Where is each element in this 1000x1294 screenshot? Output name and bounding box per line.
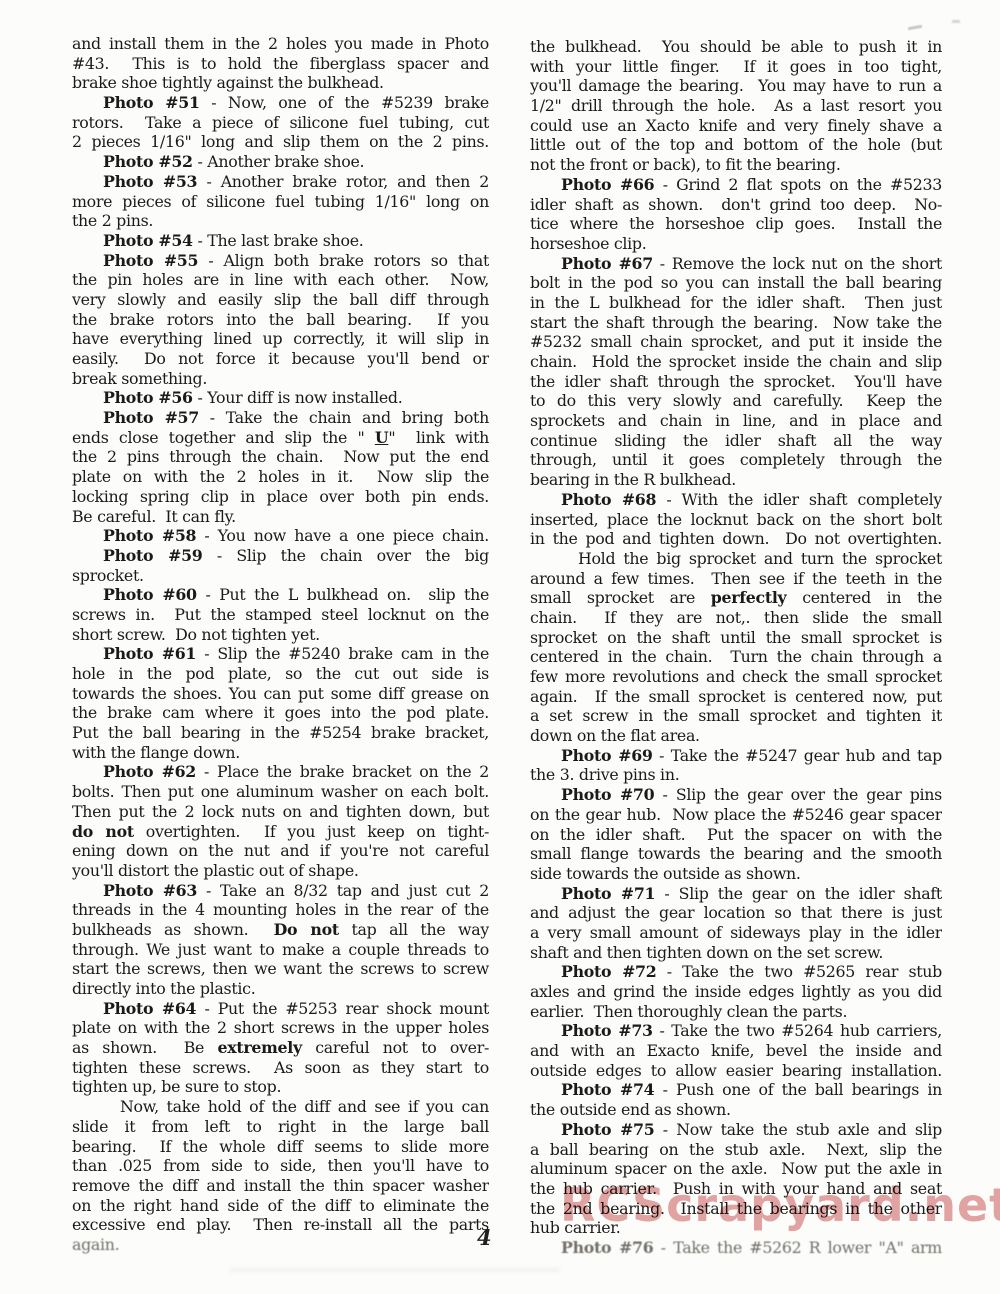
text-line: Now, take hold of the diff and see if yo… <box>72 1097 489 1117</box>
emphasized-text: Photo #75 <box>561 1120 654 1139</box>
text-line: short screw. Do not tighten yet. <box>72 625 489 645</box>
text-line: start the screws, then we want the screw… <box>72 959 489 979</box>
body-text: locking spring clip in place over both p… <box>72 487 489 506</box>
body-text: the pin holes are in line with each othe… <box>72 270 489 289</box>
body-text: - Take the #5247 gear hub and tap <box>653 746 942 765</box>
text-line: few more revolutions and check the small… <box>530 667 942 687</box>
body-text: and with an Exacto knife, bevel the insi… <box>530 1041 942 1060</box>
emphasized-text: Photo #62 <box>103 762 196 781</box>
text-line: the pin holes are in line with each othe… <box>72 270 489 290</box>
body-text: very slowly and easily slip the ball dif… <box>72 290 489 309</box>
text-line: Photo #72 - Take the two #5265 rear stub <box>530 962 942 982</box>
emphasized-text: extremely <box>217 1038 301 1057</box>
emphasized-text: Photo #60 <box>103 585 197 604</box>
body-text: - Now take the stub axle and slip <box>654 1120 942 1139</box>
body-text: around a few times. Then see if the teet… <box>530 569 942 588</box>
body-text: " link with <box>388 428 489 447</box>
body-text: - Push one of the ball bearings in <box>654 1080 942 1099</box>
body-text: bearing. If the whole diff seems to slid… <box>72 1137 489 1156</box>
body-text: - Put the #5253 rear shock mount <box>196 999 489 1018</box>
body-text: little out of the top and bottom of the … <box>530 135 942 154</box>
text-line: Photo #76 - Take the #5262 R lower "A" a… <box>530 1238 942 1258</box>
emphasized-text: Photo #55 <box>103 251 198 270</box>
body-text: tap all the way <box>339 920 489 939</box>
text-line: excessive end play. Then re-install all … <box>72 1215 489 1235</box>
text-line: axles and grind the inside edges lightly… <box>530 982 942 1002</box>
body-text: continue sliding the idler shaft all the… <box>530 431 942 450</box>
emphasized-text: Photo #70 <box>561 785 654 804</box>
scan-smudge <box>230 1268 560 1272</box>
body-text: the bulkhead. You should be able to push… <box>530 37 942 56</box>
emphasized-text: Photo #63 <box>103 881 197 900</box>
body-text: horseshoe clip. <box>530 234 646 253</box>
body-text: again. <box>72 1235 119 1254</box>
text-line: Photo #67 - Remove the lock nut on the s… <box>530 254 942 274</box>
emphasized-text: Photo #67 <box>561 254 653 273</box>
body-text: ening down on the nut and if you're not … <box>72 841 489 860</box>
text-line: the bulkhead. You should be able to push… <box>530 37 942 57</box>
body-text: have everything lined up correctly, it w… <box>72 329 489 348</box>
body-text: chain. Hold the sprocket inside the chai… <box>530 352 942 371</box>
emphasized-text: Do not <box>274 920 339 939</box>
text-line: on the right hand side of the diff to el… <box>72 1196 489 1216</box>
emphasized-text: Photo #64 <box>103 999 196 1018</box>
body-text: bearing in the R bulkhead. <box>530 470 736 489</box>
text-line: bolt in the pod so you can install the b… <box>530 273 942 293</box>
body-text: than .025 from side to side, then you'll… <box>72 1156 489 1175</box>
body-text: the 2 pins. <box>72 211 153 230</box>
text-line: outside edges to allow easier bearing in… <box>530 1061 942 1081</box>
text-line: the outside end as shown. <box>530 1100 942 1120</box>
body-text: - You now have a one piece chain. <box>196 526 489 545</box>
text-line: Photo #61 - Slip the #5240 brake cam in … <box>72 644 489 664</box>
body-text: towards the shoes. You can put some diff… <box>72 684 489 703</box>
body-text: the brake cam where it goes into the pod… <box>72 703 489 722</box>
text-line: tighten these screws. As soon as they st… <box>72 1058 489 1078</box>
text-line: not the front or back), to fit the beari… <box>530 155 942 175</box>
text-line: screws in. Put the stamped steel locknut… <box>72 605 489 625</box>
body-text: and adjust the gear location so that the… <box>530 903 942 922</box>
body-text: the idler shaft through the sprocket. Yo… <box>530 372 942 391</box>
body-text: remove the diff and install the thin spa… <box>72 1176 489 1195</box>
body-text: bolt in the pod so you can install the b… <box>530 273 942 292</box>
text-line: centered in the chain. Turn the chain th… <box>530 647 942 667</box>
scan-artifact-mark <box>952 20 960 23</box>
text-line: sprockets and chain in line, and in plac… <box>530 411 942 431</box>
scan-artifact-mark <box>908 25 922 30</box>
body-text: chain. If they are not,. then slide the … <box>530 608 942 627</box>
text-line: Hold the big sprocket and turn the sproc… <box>530 549 942 569</box>
body-text: the brake rotors into the ball bearing. … <box>72 310 489 329</box>
text-line: remove the diff and install the thin spa… <box>72 1176 489 1196</box>
text-line: more pieces of silicone fuel tubing 1/16… <box>72 192 489 212</box>
body-text: sprockets and chain in line, and in plac… <box>530 411 942 430</box>
body-text: slide it from left to right in the large… <box>72 1117 489 1136</box>
body-text: Be careful. It can fly. <box>72 507 236 526</box>
text-line: tice where the horseshoe clip goes. Inst… <box>530 214 942 234</box>
text-line: the 3. drive pins in. <box>530 765 942 785</box>
emphasized-text: Photo #73 <box>561 1021 653 1040</box>
body-text: sprocket. <box>72 566 144 585</box>
body-text: Then put the 2 lock nuts on and tighten … <box>72 802 489 821</box>
body-text: the 3. drive pins in. <box>530 765 679 784</box>
body-text: not the front or back), to fit the beari… <box>530 155 841 174</box>
body-text: earlier. Then thoroughly clean the parts… <box>530 1002 847 1021</box>
text-line: Photo #59 - Slip the chain over the big <box>72 546 489 566</box>
body-text: you'll distort the plastic out of shape. <box>72 861 359 880</box>
body-text: through, until it goes completely throug… <box>530 450 942 469</box>
body-text: - With the idler shaft completely <box>656 490 942 509</box>
text-line: have everything lined up correctly, it w… <box>72 329 489 349</box>
body-text: threads in the 4 mounting holes in the r… <box>72 900 489 919</box>
text-line: inserted, place the locknut back on the … <box>530 510 942 530</box>
emphasized-text: do not <box>72 822 134 841</box>
text-line: bearing in the R bulkhead. <box>530 470 942 490</box>
left-column: and install them in the 2 holes you made… <box>72 34 489 1255</box>
text-line: Photo #64 - Put the #5253 rear shock mou… <box>72 999 489 1019</box>
body-text: - Take an 8/32 tap and just cut 2 <box>197 881 489 900</box>
text-line: Photo #74 - Push one of the ball bearing… <box>530 1080 942 1100</box>
text-line: very slowly and easily slip the ball dif… <box>72 290 489 310</box>
body-text: - Put the L bulkhead on. slip the <box>197 585 489 604</box>
body-text: on the right hand side of the diff to el… <box>72 1196 489 1215</box>
text-line: the brake cam where it goes into the pod… <box>72 703 489 723</box>
emphasized-text: Photo #76 <box>561 1238 653 1257</box>
text-line: to do this very slowly and carefully. Ke… <box>530 391 942 411</box>
emphasized-text: Photo #54 <box>103 231 193 250</box>
body-text: a very small amount of sideways play in … <box>530 923 942 942</box>
body-text: tice where the horseshoe clip goes. Inst… <box>530 214 942 233</box>
body-text: - Place the brake bracket on the 2 <box>196 762 489 781</box>
text-line: with the flange down. <box>72 743 489 763</box>
body-text: - Grind 2 flat spots on the #5233 <box>654 175 942 194</box>
text-line: do not overtighten. If you just keep on … <box>72 822 489 842</box>
body-text: axles and grind the inside edges lightly… <box>530 982 942 1001</box>
page-number: 4 <box>477 1225 492 1250</box>
text-line: Photo #63 - Take an 8/32 tap and just cu… <box>72 881 489 901</box>
text-line: in the pod and tighten down. Do not over… <box>530 529 942 549</box>
body-text: a ball bearing on the stub axle. Next, s… <box>530 1140 942 1159</box>
text-line: idler shaft as shown. don't grind too de… <box>530 195 942 215</box>
body-text: careful not to over- <box>302 1038 489 1057</box>
text-line: you'll damage the bearing. You may have … <box>530 76 942 96</box>
text-line: slide it from left to right in the large… <box>72 1117 489 1137</box>
text-line: locking spring clip in place over both p… <box>72 487 489 507</box>
document-page: and install them in the 2 holes you made… <box>0 0 1000 1294</box>
text-line: could use an Xacto knife and very finely… <box>530 116 942 136</box>
text-line: the 2 pins. <box>72 211 489 231</box>
text-line: rotors. Take a piece of silicone fuel tu… <box>72 113 489 133</box>
body-text: - Slip the chain over the big <box>202 546 489 565</box>
emphasized-text: Photo #69 <box>561 746 653 765</box>
text-line: tighten up, be sure to stop. <box>72 1077 489 1097</box>
body-text: plate on with the 2 short screws in the … <box>72 1018 489 1037</box>
body-text: tighten these screws. As soon as they st… <box>72 1058 489 1077</box>
body-text: on the gear hub. Now place the #5246 gea… <box>530 805 942 824</box>
text-line: on the idler shaft. Put the spacer on wi… <box>530 825 942 845</box>
body-text: hole in the pod plate, so the cut out si… <box>72 664 489 683</box>
body-text: to do this very slowly and carefully. Ke… <box>530 391 942 410</box>
text-line: plate on with the 2 short screws in the … <box>72 1018 489 1038</box>
text-line: through. We just want to make a couple t… <box>72 940 489 960</box>
body-text: Hold the big sprocket and turn the sproc… <box>578 549 942 568</box>
body-text: break something. <box>72 369 207 388</box>
text-line: Photo #57 - Take the chain and bring bot… <box>72 408 489 428</box>
body-text: - Your diff is now installed. <box>193 388 403 407</box>
emphasized-text: Photo #68 <box>561 490 656 509</box>
text-line: sprocket. <box>72 566 489 586</box>
body-text: with the flange down. <box>72 743 240 762</box>
body-text: a set screw in the small sprocket and ti… <box>530 706 942 725</box>
body-text: - Take the #5262 R lower "A" arm <box>653 1238 942 1257</box>
emphasized-text: Photo #72 <box>561 962 656 981</box>
body-text: few more revolutions and check the small… <box>530 667 942 686</box>
body-text: bulkheads as shown. <box>72 920 274 939</box>
body-text: - Slip the gear over the gear pins <box>654 785 942 804</box>
body-text: with your little finger. If it goes in t… <box>530 57 942 76</box>
body-text: start the screws, then we want the screw… <box>72 959 489 978</box>
body-text: through. We just want to make a couple t… <box>72 940 489 959</box>
text-line: sprocket on the shaft until the small sp… <box>530 628 942 648</box>
body-text: down on the flat area. <box>530 726 700 745</box>
body-text: directly into the plastic. <box>72 979 255 998</box>
body-text: in the L bulkhead for the idler shaft. T… <box>530 293 942 312</box>
text-line: 1/2" drill through the hole. As a last r… <box>530 96 942 116</box>
emphasized-text: Photo #74 <box>561 1080 654 1099</box>
text-line: ening down on the nut and if you're not … <box>72 841 489 861</box>
body-text: easily. Do not force it because you'll b… <box>72 349 489 368</box>
text-line: Photo #69 - Take the #5247 gear hub and … <box>530 746 942 766</box>
text-line: in the L bulkhead for the idler shaft. T… <box>530 293 942 313</box>
body-text: bolts. Then put one aluminum washer on e… <box>72 782 489 801</box>
watermark-text: RCScrapyard.net <box>560 1178 1000 1232</box>
text-line: Photo #53 - Another brake rotor, and the… <box>72 172 489 192</box>
body-text: the outside end as shown. <box>530 1100 731 1119</box>
body-text: the 2 pins through the chain. Now put th… <box>72 447 489 466</box>
text-line: chain. If they are not,. then slide the … <box>530 608 942 628</box>
emphasized-text: Photo #59 <box>103 546 202 565</box>
body-text: on the idler shaft. Put the spacer on wi… <box>530 825 942 844</box>
body-text: - Take the two #5265 rear stub <box>656 962 942 981</box>
body-text: inserted, place the locknut back on the … <box>530 510 942 529</box>
text-line: Photo #55 - Align both brake rotors so t… <box>72 251 489 271</box>
emphasized-text: Photo #61 <box>103 644 196 663</box>
text-line: 2 pieces 1/16" long and slip them on the… <box>72 132 489 152</box>
text-line: break something. <box>72 369 489 389</box>
body-text: and install them in the 2 holes you made… <box>72 34 489 53</box>
text-line: Photo #52 - Another brake shoe. <box>72 152 489 172</box>
text-line: hole in the pod plate, so the cut out si… <box>72 664 489 684</box>
emphasized-text: Photo #57 <box>103 408 199 427</box>
text-line: Photo #68 - With the idler shaft complet… <box>530 490 942 510</box>
text-line: through, until it goes completely throug… <box>530 450 942 470</box>
text-line: towards the shoes. You can put some diff… <box>72 684 489 704</box>
text-line: and adjust the gear location so that the… <box>530 903 942 923</box>
text-line: bolts. Then put one aluminum washer on e… <box>72 782 489 802</box>
body-text: Put the ball bearing in the #5254 brake … <box>72 723 489 742</box>
body-text: sprocket on the shaft until the small sp… <box>530 628 942 647</box>
text-line: start the shaft through the bearing. Now… <box>530 313 942 333</box>
body-text: more pieces of silicone fuel tubing 1/16… <box>72 192 489 211</box>
text-line: Photo #70 - Slip the gear over the gear … <box>530 785 942 805</box>
body-text: rotors. Take a piece of silicone fuel tu… <box>72 113 489 132</box>
text-line: the brake rotors into the ball bearing. … <box>72 310 489 330</box>
body-text: #43. This is to hold the fiberglass spac… <box>72 54 489 73</box>
body-text: excessive end play. Then re-install all … <box>72 1215 489 1234</box>
body-text: - The last brake shoe. <box>193 231 364 250</box>
text-line: with your little finger. If it goes in t… <box>530 57 942 77</box>
body-text: - Align both brake rotors so that <box>198 251 489 270</box>
body-text: ends close together and slip the " <box>72 428 375 447</box>
text-line: the 2 pins through the chain. Now put th… <box>72 447 489 467</box>
text-line: side towards the outside as shown. <box>530 864 942 884</box>
text-line: Photo #71 - Slip the gear on the idler s… <box>530 884 942 904</box>
body-text: centered in the chain. Turn the chain th… <box>530 647 942 666</box>
text-line: Photo #60 - Put the L bulkhead on. slip … <box>72 585 489 605</box>
body-text: side towards the outside as shown. <box>530 864 801 883</box>
text-line: Then put the 2 lock nuts on and tighten … <box>72 802 489 822</box>
text-line: plate on with the 2 holes in it. Now sli… <box>72 467 489 487</box>
text-line: you'll distort the plastic out of shape. <box>72 861 489 881</box>
text-line: small flange towards the bearing and the… <box>530 844 942 864</box>
text-line: shaft and then tighten down on the set s… <box>530 943 942 963</box>
text-line: Be careful. It can fly. <box>72 507 489 527</box>
text-line: chain. Hold the sprocket inside the chai… <box>530 352 942 372</box>
text-line: directly into the plastic. <box>72 979 489 999</box>
text-line: Photo #62 - Place the brake bracket on t… <box>72 762 489 782</box>
text-line: continue sliding the idler shaft all the… <box>530 431 942 451</box>
text-line: again. If the small sprocket is centered… <box>530 687 942 707</box>
text-line: easily. Do not force it because you'll b… <box>72 349 489 369</box>
body-text: - Slip the #5240 brake cam in the <box>196 644 489 663</box>
emphasized-text: Photo #52 <box>103 152 193 171</box>
text-line: bearing. If the whole diff seems to slid… <box>72 1137 489 1157</box>
text-line: horseshoe clip. <box>530 234 942 254</box>
body-text: #5232 small chain sprocket, and put it i… <box>530 332 942 351</box>
right-column: the bulkhead. You should be able to push… <box>530 37 942 1258</box>
emphasized-text: perfectly <box>711 588 787 607</box>
text-line: Photo #58 - You now have a one piece cha… <box>72 526 489 546</box>
emphasized-text: Photo #71 <box>561 884 655 903</box>
text-line: and install them in the 2 holes you made… <box>72 34 489 54</box>
body-text: plate on with the 2 holes in it. Now sli… <box>72 467 489 486</box>
text-line: ends close together and slip the " U" li… <box>72 428 489 448</box>
body-text: idler shaft as shown. don't grind too de… <box>530 195 942 214</box>
text-line: than .025 from side to side, then you'll… <box>72 1156 489 1176</box>
body-text: small sprocket are <box>530 588 711 607</box>
emphasized-text: Photo #51 <box>103 93 200 112</box>
emphasized-text: Photo #56 <box>103 388 193 407</box>
body-text: in the pod and tighten down. Do not over… <box>530 529 942 548</box>
text-line: as shown. Be extremely careful not to ov… <box>72 1038 489 1058</box>
body-text: you'll damage the bearing. You may have … <box>530 76 942 95</box>
text-line: a very small amount of sideways play in … <box>530 923 942 943</box>
text-line: on the gear hub. Now place the #5246 gea… <box>530 805 942 825</box>
text-line: Photo #54 - The last brake shoe. <box>72 231 489 251</box>
body-text: - Take the two #5264 hub carriers, <box>653 1021 942 1040</box>
body-text: brake shoe tightly against the bulkhead. <box>72 73 384 92</box>
body-text: tighten up, be sure to stop. <box>72 1077 281 1096</box>
emphasized-text: Photo #58 <box>103 526 196 545</box>
text-line: down on the flat area. <box>530 726 942 746</box>
body-text: centered in the <box>786 588 942 607</box>
body-text: as shown. Be <box>72 1038 217 1057</box>
text-line: and with an Exacto knife, bevel the insi… <box>530 1041 942 1061</box>
body-text: - Another brake shoe. <box>193 152 365 171</box>
text-line: bulkheads as shown. Do not tap all the w… <box>72 920 489 940</box>
body-text: short screw. Do not tighten yet. <box>72 625 320 644</box>
emphasized-text: Photo #66 <box>561 175 654 194</box>
text-line: brake shoe tightly against the bulkhead. <box>72 73 489 93</box>
body-text: 1/2" drill through the hole. As a last r… <box>530 96 942 115</box>
text-line: a set screw in the small sprocket and ti… <box>530 706 942 726</box>
body-text: - Take the chain and bring both <box>199 408 489 427</box>
text-line: #5232 small chain sprocket, and put it i… <box>530 332 942 352</box>
body-text: start the shaft through the bearing. Now… <box>530 313 942 332</box>
text-line: small sprocket are perfectly centered in… <box>530 588 942 608</box>
emphasized-text: Photo #53 <box>103 172 197 191</box>
body-text: 2 pieces 1/16" long and slip them on the… <box>72 132 489 151</box>
body-text: overtighten. If you just keep on tight- <box>134 822 489 841</box>
body-text: - Slip the gear on the idler shaft <box>655 884 942 903</box>
body-text: - Another brake rotor, and then 2 <box>197 172 489 191</box>
body-text: outside edges to allow easier bearing in… <box>530 1061 942 1080</box>
emphasized-text: U <box>375 428 388 447</box>
body-text: again. If the small sprocket is centered… <box>530 687 942 706</box>
text-line: threads in the 4 mounting holes in the r… <box>72 900 489 920</box>
body-text: Now, take hold of the diff and see if yo… <box>120 1097 489 1116</box>
body-text: small flange towards the bearing and the… <box>530 844 942 863</box>
text-line: Photo #56 - Your diff is now installed. <box>72 388 489 408</box>
text-line: Photo #66 - Grind 2 flat spots on the #5… <box>530 175 942 195</box>
body-text: screws in. Put the stamped steel locknut… <box>72 605 489 624</box>
text-line: #43. This is to hold the fiberglass spac… <box>72 54 489 74</box>
text-line: Photo #51 - Now, one of the #5239 brake <box>72 93 489 113</box>
text-line: again. <box>72 1235 489 1255</box>
body-text: - Now, one of the #5239 brake <box>200 93 489 112</box>
body-text: - Remove the lock nut on the short <box>653 254 942 273</box>
text-line: around a few times. Then see if the teet… <box>530 569 942 589</box>
text-line: a ball bearing on the stub axle. Next, s… <box>530 1140 942 1160</box>
body-text: could use an Xacto knife and very finely… <box>530 116 942 135</box>
text-line: Photo #73 - Take the two #5264 hub carri… <box>530 1021 942 1041</box>
text-line: earlier. Then thoroughly clean the parts… <box>530 1002 942 1022</box>
watermark: RCScrapyard.net+ <box>560 1176 1000 1234</box>
text-line: Put the ball bearing in the #5254 brake … <box>72 723 489 743</box>
body-text: shaft and then tighten down on the set s… <box>530 943 883 962</box>
text-line: Photo #75 - Now take the stub axle and s… <box>530 1120 942 1140</box>
text-line: the idler shaft through the sprocket. Yo… <box>530 372 942 392</box>
text-line: little out of the top and bottom of the … <box>530 135 942 155</box>
